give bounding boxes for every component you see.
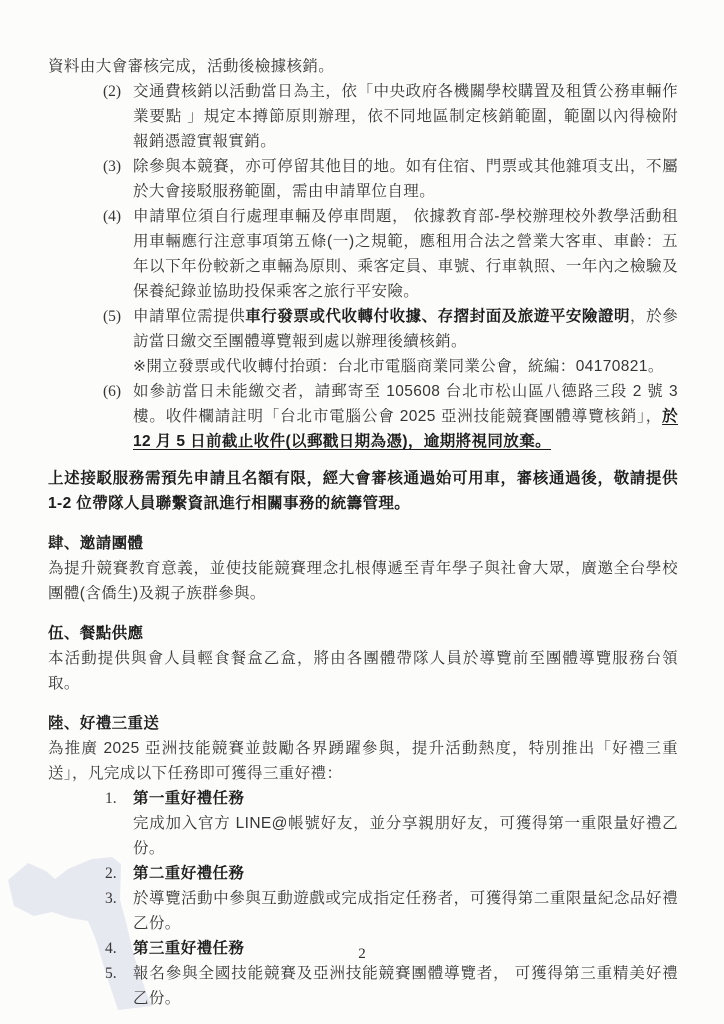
item-number: (3) [103, 154, 133, 204]
item-text: 申請單位須自行處理車輛及停車問題， 依據教育部-學校辦理校外教學活動租用車輛應行… [133, 204, 678, 304]
task-text: 第二重好禮任務 [133, 861, 678, 886]
item-number: (6) [103, 379, 133, 454]
task-text: 於導覽活動中參與互動遊戲或完成指定任務者，可獲得第二重限量紀念品好禮乙份。 [133, 886, 678, 936]
item-text-bold: 車行發票或代收轉付收據、存摺封面及旅遊平安險證明 [245, 308, 630, 325]
item-number: (5) [103, 304, 133, 379]
shuttle-notice: 上述接駁服務需預先申請且名額有限，經大會審核通過始可用車，審核通過後，敬請提供 … [48, 466, 678, 516]
item-number: (2) [103, 79, 133, 154]
section-body-meal: 本活動提供與會人員輕食餐盒乙盒，將由各團體帶隊人員於導覽前至團體導覽服務台領取。 [48, 646, 678, 696]
item-text: 如參訪當日未能繳交者，請郵寄至 105608 台北市松山區八德路三段 2 號 3… [133, 379, 678, 454]
item-text: 除參與本競賽，亦可停留其他目的地。如有住宿、門票或其他雜項支出，不屬於大會接駁服… [133, 154, 678, 204]
section-title-invite: 肆、邀請團體 [48, 531, 678, 556]
task-number: 5. [105, 961, 133, 1011]
receipt-note: ※開立發票或代收轉付抬頭：台北市電腦商業同業公會，統編：04170821。 [133, 354, 678, 379]
list-item: (2) 交通費核銷以活動當日為主，依「中央政府各機關學校購置及租賃公務車輛作業要… [103, 79, 678, 154]
task-number: 1. [105, 786, 133, 861]
list-item: (4) 申請單位須自行處理車輛及停車問題， 依據教育部-學校辦理校外教學活動租用… [103, 204, 678, 304]
task-number: 3. [105, 886, 133, 936]
list-item: (3) 除參與本競賽，亦可停留其他目的地。如有住宿、門票或其他雜項支出，不屬於大… [103, 154, 678, 204]
item-number: (4) [103, 204, 133, 304]
section-body-invite: 為提升競賽教育意義，並使技能競賽理念扎根傳遞至青年學子與社會大眾，廣邀全台學校團… [48, 556, 678, 606]
task-item: 5. 報名參與全國技能競賽及亞洲技能競賽團體導覽者， 可獲得第三重精美好禮乙份。 [105, 961, 678, 1011]
task-title: 第一重好禮任務 [133, 790, 244, 807]
task-item: 3. 於導覽活動中參與互動遊戲或完成指定任務者，可獲得第二重限量紀念品好禮乙份。 [105, 886, 678, 936]
document-page: 資料由大會審核完成，活動後檢據核銷。 (2) 交通費核銷以活動當日為主，依「中央… [0, 0, 724, 1024]
task-item: 2. 第二重好禮任務 [105, 861, 678, 886]
gift-task-list: 1. 第一重好禮任務 完成加入官方 LINE@帳號好友，並分享親朋好友，可獲得第… [105, 786, 678, 1011]
task-number: 2. [105, 861, 133, 886]
item-text: 申請單位需提供車行發票或代收轉付收據、存摺封面及旅遊平安險證明，於參訪當日繳交至… [133, 304, 678, 379]
list-item: (5) 申請單位需提供車行發票或代收轉付收據、存摺封面及旅遊平安險證明，於參訪當… [103, 304, 678, 379]
task-item: 1. 第一重好禮任務 完成加入官方 LINE@帳號好友，並分享親朋好友，可獲得第… [105, 786, 678, 861]
task-text: 第一重好禮任務 完成加入官方 LINE@帳號好友，並分享親朋好友，可獲得第一重限… [133, 786, 678, 861]
list-item: (6) 如參訪當日未能繳交者，請郵寄至 105608 台北市松山區八德路三段 2… [103, 379, 678, 454]
paragraph-intro: 資料由大會審核完成，活動後檢據核銷。 [48, 54, 678, 79]
item-text-plain: 如參訪當日未能繳交者，請郵寄至 105608 台北市松山區八德路三段 2 號 3… [133, 383, 678, 425]
document-body: 資料由大會審核完成，活動後檢據核銷。 (2) 交通費核銷以活動當日為主，依「中央… [48, 54, 678, 1011]
section-title-gifts: 陸、好禮三重送 [48, 711, 678, 736]
numbered-list: (2) 交通費核銷以活動當日為主，依「中央政府各機關學校購置及租賃公務車輛作業要… [103, 79, 678, 454]
item-text-plain: 申請單位需提供 [133, 308, 245, 325]
section-body-gifts: 為推廣 2025 亞洲技能競賽並鼓勵各界踴躍參與，提升活動熱度，特別推出「好禮三… [48, 736, 678, 786]
section-title-meal: 伍、餐點供應 [48, 621, 678, 646]
item-text: 交通費核銷以活動當日為主，依「中央政府各機關學校購置及租賃公務車輛作業要點 」規… [133, 79, 678, 154]
task-desc: 完成加入官方 LINE@帳號好友，並分享親朋好友，可獲得第一重限量好禮乙份。 [133, 811, 678, 861]
task-title: 第二重好禮任務 [133, 865, 244, 882]
task-text: 報名參與全國技能競賽及亞洲技能競賽團體導覽者， 可獲得第三重精美好禮乙份。 [133, 961, 678, 1011]
page-number: 2 [0, 946, 724, 963]
